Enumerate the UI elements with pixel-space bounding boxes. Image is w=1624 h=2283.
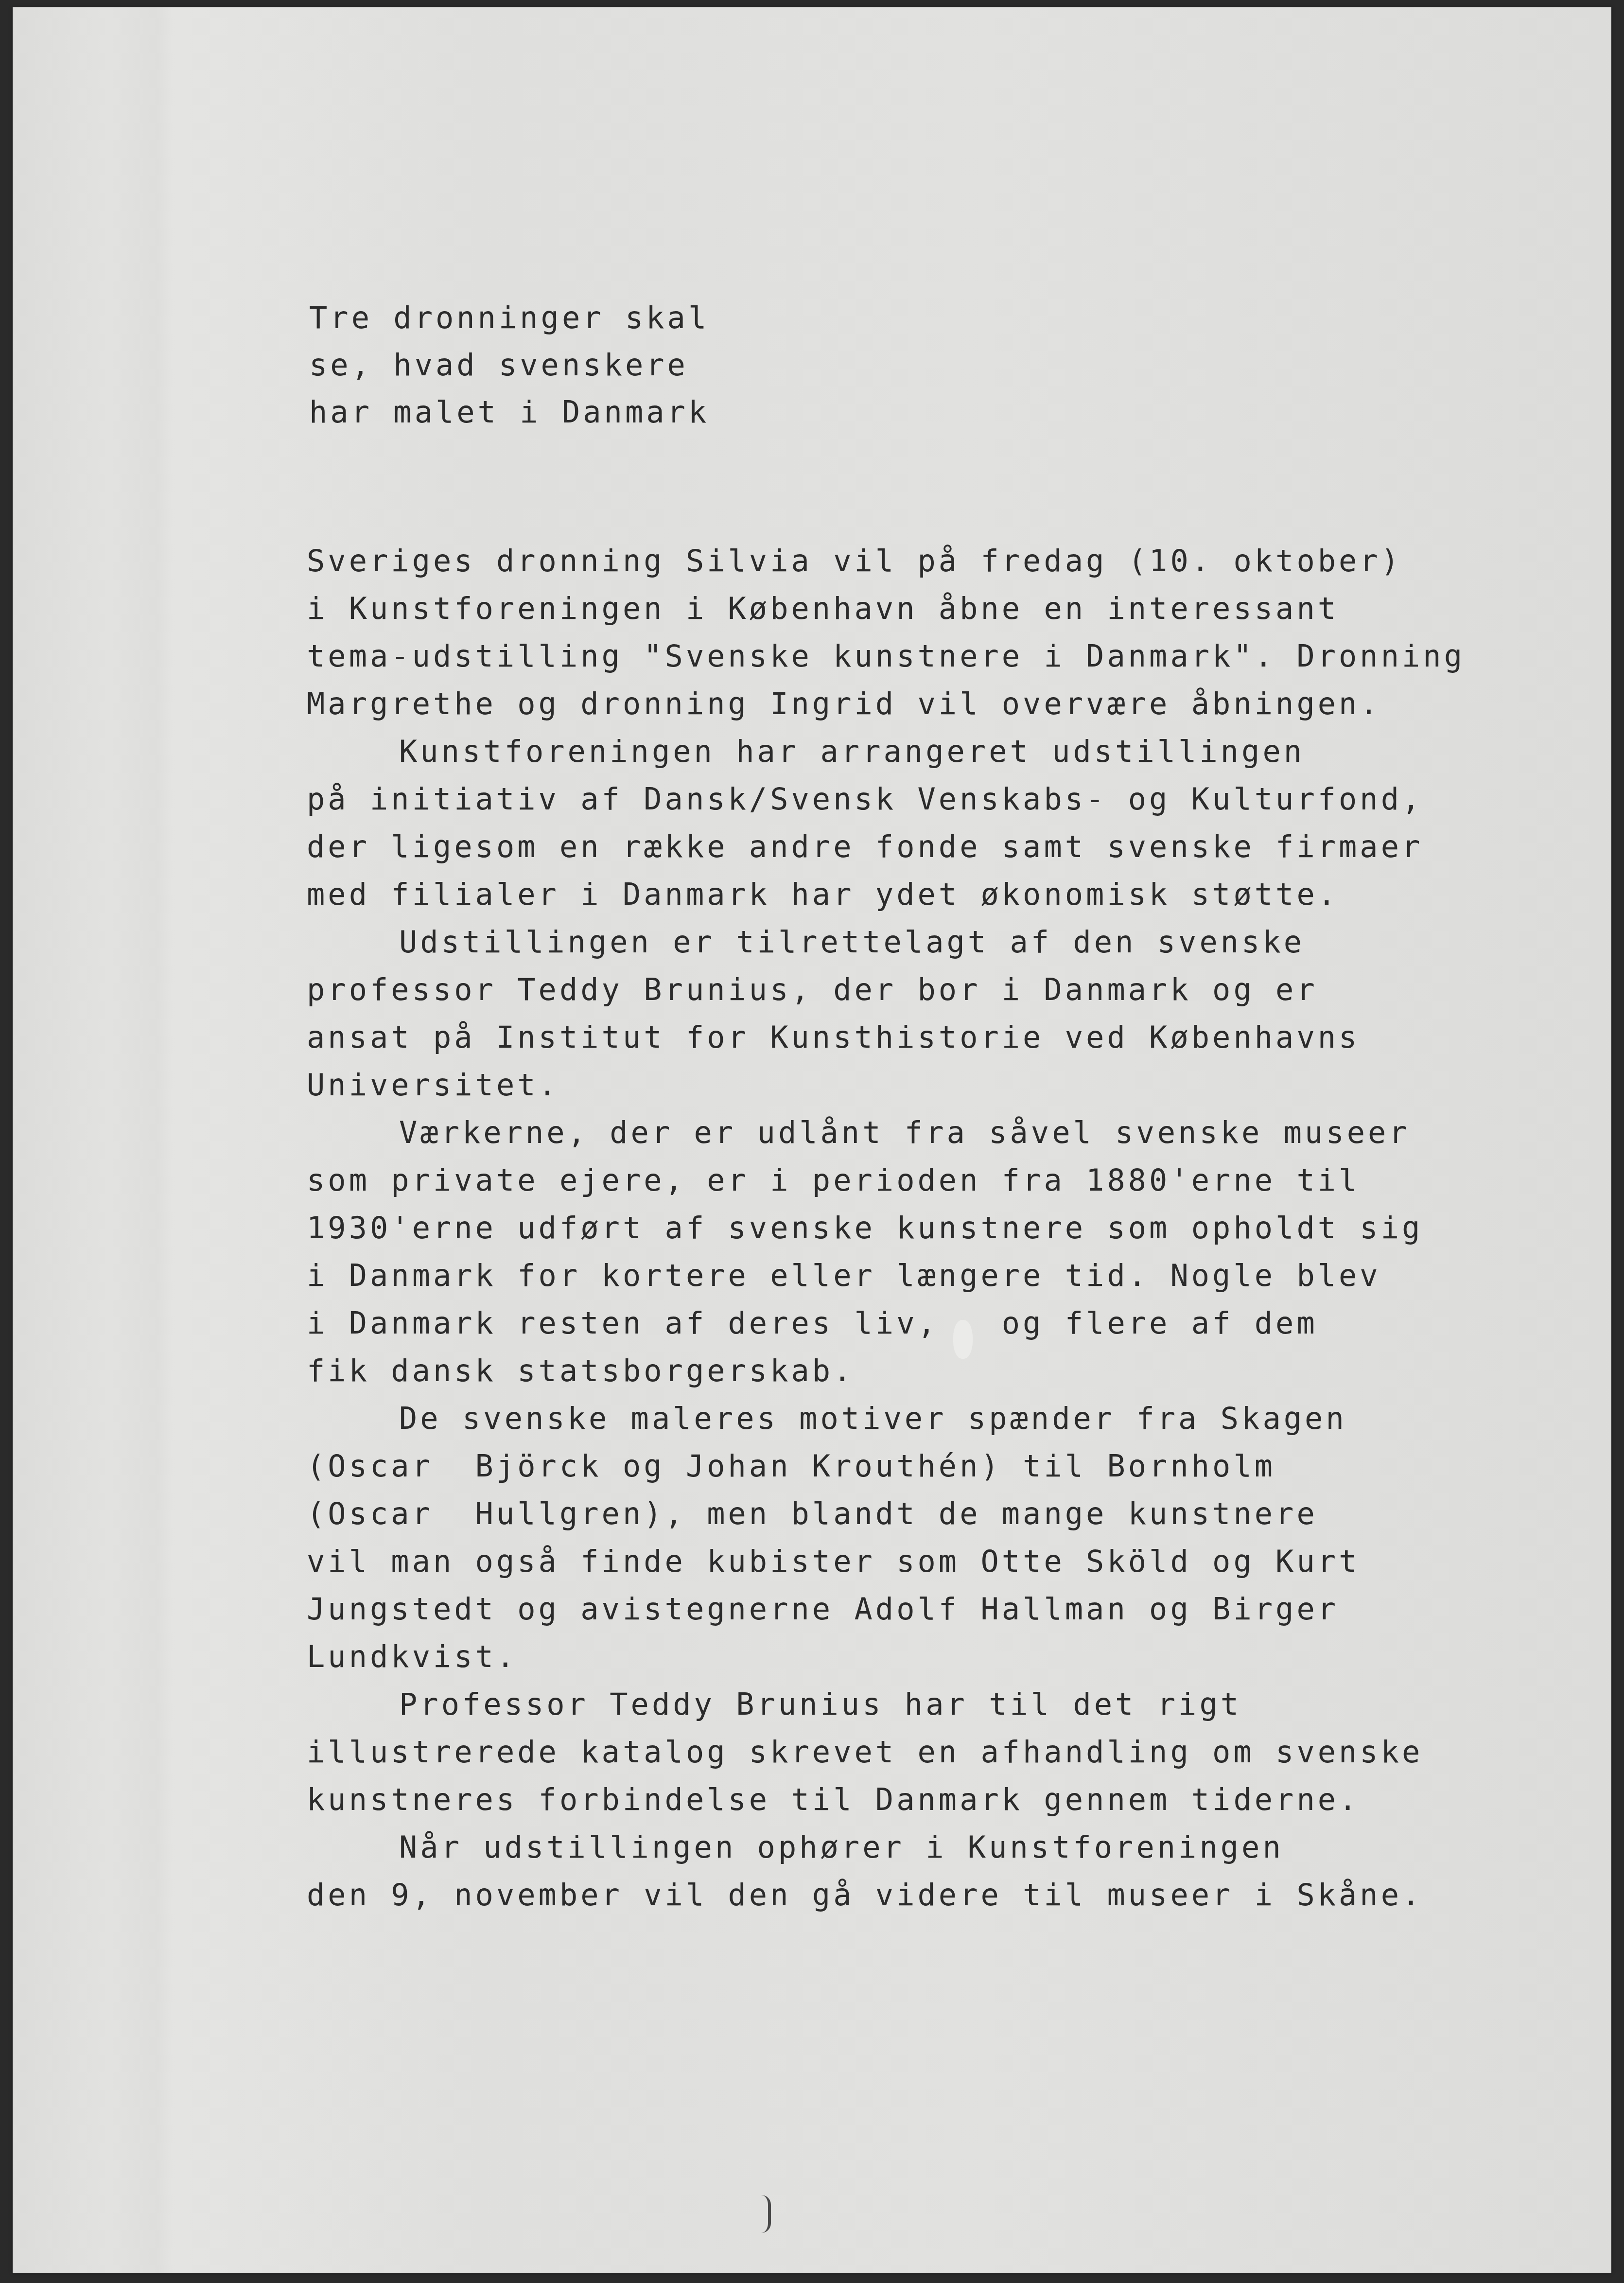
body-line: (Oscar Hullgren), men blandt de mange ku… (307, 1490, 1465, 1538)
headline: Tre dronninger skalse, hvad svenskerehar… (309, 294, 709, 436)
body-line: ansat på Institut for Kunsthistorie ved … (307, 1014, 1465, 1061)
article-body: Sveriges dronning Silvia vil på fredag (… (307, 537, 1465, 1919)
body-line: tema-udstilling "Svenske kunstnere i Dan… (307, 632, 1465, 680)
body-line: Jungstedt og avistegnerne Adolf Hallman … (307, 1585, 1465, 1633)
body-line: Kunstforeningen har arrangeret udstillin… (307, 728, 1465, 775)
body-line: med filialer i Danmark har ydet økonomis… (307, 871, 1465, 918)
body-line: Sveriges dronning Silvia vil på fredag (… (307, 537, 1465, 585)
body-line: Professor Teddy Brunius har til det rigt (307, 1681, 1465, 1728)
body-line: som private ejere, er i perioden fra 188… (307, 1157, 1465, 1204)
body-line: Margrethe og dronning Ingrid vil overvær… (307, 680, 1465, 728)
body-line: Udstillingen er tilrettelagt af den sven… (307, 918, 1465, 966)
body-line: Universitet. (307, 1061, 1465, 1109)
body-line: vil man også finde kubister som Otte Skö… (307, 1538, 1465, 1585)
body-line: i Danmark resten af deres liv, og flere … (307, 1300, 1465, 1347)
body-line: kunstneres forbindelse til Danmark genne… (307, 1776, 1465, 1824)
handwritten-mark (761, 2195, 771, 2233)
body-line: De svenske maleres motiver spænder fra S… (307, 1395, 1465, 1442)
body-line: 1930'erne udført af svenske kunstnere so… (307, 1204, 1465, 1252)
document-page: Tre dronninger skalse, hvad svenskerehar… (13, 7, 1611, 2273)
body-line: i Kunstforeningen i København åbne en in… (307, 585, 1465, 632)
body-line: Lundkvist. (307, 1633, 1465, 1681)
correction-smudge (953, 1320, 973, 1359)
body-line: illustrerede katalog skrevet en afhandli… (307, 1728, 1465, 1776)
body-line: Værkerne, der er udlånt fra såvel svensk… (307, 1109, 1465, 1157)
body-line: Når udstillingen ophører i Kunstforening… (307, 1824, 1465, 1871)
body-line: professor Teddy Brunius, der bor i Danma… (307, 966, 1465, 1014)
body-line: i Danmark for kortere eller længere tid.… (307, 1252, 1465, 1300)
body-line: på initiativ af Dansk/Svensk Venskabs- o… (307, 775, 1465, 823)
headline-line: har malet i Danmark (309, 388, 709, 436)
headline-line: se, hvad svenskere (309, 341, 709, 388)
headline-line: Tre dronninger skal (309, 294, 709, 341)
body-line: der ligesom en række andre fonde samt sv… (307, 823, 1465, 871)
body-line: (Oscar Björck og Johan Krouthén) til Bor… (307, 1442, 1465, 1490)
body-line: den 9, november vil den gå videre til mu… (307, 1871, 1465, 1919)
body-line: fik dansk statsborgerskab. (307, 1347, 1465, 1395)
